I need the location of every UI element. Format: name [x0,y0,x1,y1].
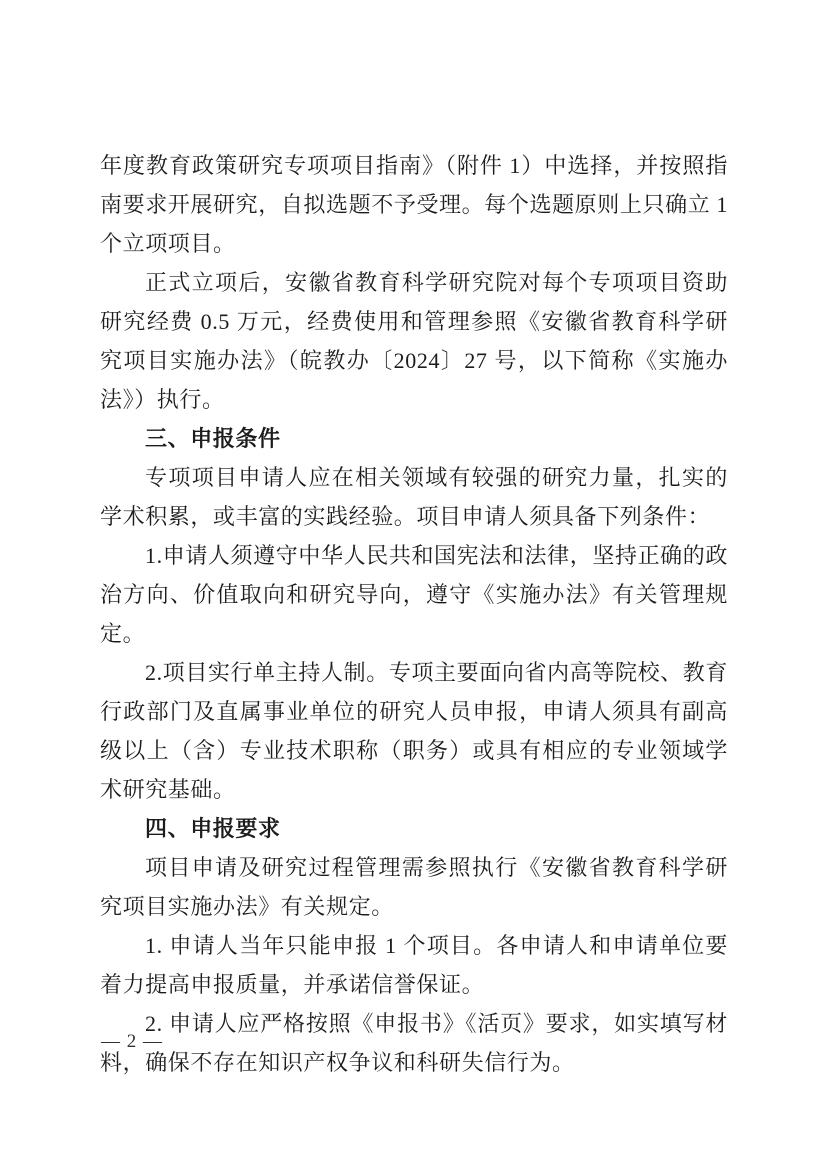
section-heading: 四、申报要求 [100,809,728,848]
paragraph: 2. 申请人应严格按照《申报书》《活页》要求，如实填写材料，确保不存在知识产权争… [100,1004,728,1082]
paragraph: 1. 申请人当年只能申报 1 个项目。各申请人和申请单位要着力提高申报质量，并承… [100,926,728,1004]
paragraph: 正式立项后，安徽省教育科学研究院对每个专项项目资助研究经费 0.5 万元，经费使… [100,263,728,419]
page-number-footer: — 2 — [101,1029,163,1055]
paragraph: 年度教育政策研究专项项目指南》（附件 1）中选择，并按照指南要求开展研究，自拟选… [100,146,728,263]
paragraph: 1.申请人须遵守中华人民共和国宪法和法律，坚持正确的政治方向、价值取向和研究导向… [100,536,728,653]
section-heading: 三、申报条件 [100,419,728,458]
document-body: 年度教育政策研究专项项目指南》（附件 1）中选择，并按照指南要求开展研究，自拟选… [100,146,728,1082]
document-page: 年度教育政策研究专项项目指南》（附件 1）中选择，并按照指南要求开展研究，自拟选… [0,0,827,1169]
paragraph: 专项项目申请人应在相关领域有较强的研究力量，扎实的学术积累，或丰富的实践经验。项… [100,458,728,536]
paragraph: 2.项目实行单主持人制。专项主要面向省内高等院校、教育行政部门及直属事业单位的研… [100,653,728,809]
paragraph: 项目申请及研究过程管理需参照执行《安徽省教育科学研究项目实施办法》有关规定。 [100,848,728,926]
